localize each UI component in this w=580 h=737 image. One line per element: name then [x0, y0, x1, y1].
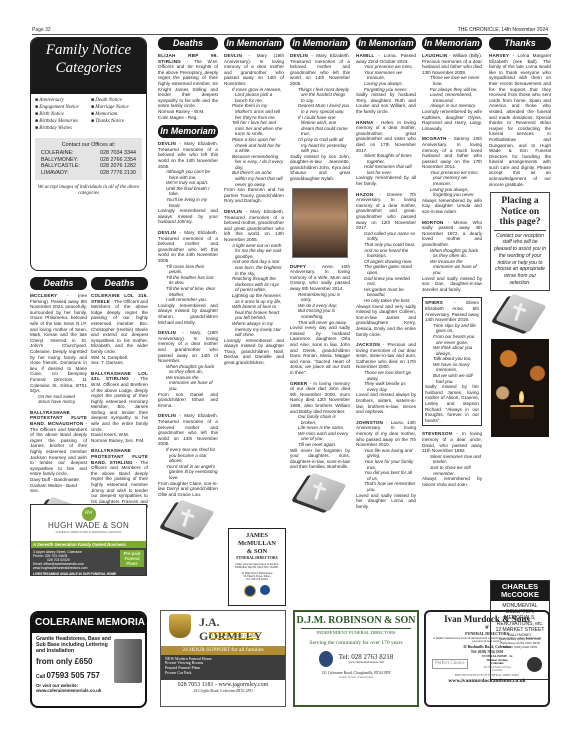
- notice-name: DEVLIN: [290, 53, 308, 58]
- notice-body: DEVLIN - Mary Elizabeth. Treasured memor…: [158, 141, 218, 169]
- notice-name: MCGRATH: [422, 136, 447, 141]
- notice-name: LAUGHLIN: [422, 53, 447, 58]
- saif-badge-icon: [260, 585, 270, 595]
- verse-line: That only you could hear,: [364, 242, 416, 248]
- notice-name: DEVLIN: [224, 209, 242, 214]
- contact-title: Contact our Offices at:: [41, 142, 136, 148]
- notice-body: DEVLIN - Mary (19th Anniversary). In lov…: [224, 53, 284, 87]
- column-7: In Memoriam LAUGHLIN - William (Billy). …: [422, 37, 482, 492]
- james-mcmullan-ad: JAMES McMULLAN & SON FUNERAL DIRECTORS U…: [228, 528, 286, 606]
- notice-body: JACKSON - Precious and loving memories o…: [356, 342, 416, 370]
- contact-offices: Contact our Offices at: COLERAINE:028 70…: [35, 138, 142, 180]
- notice-name: DUFFY: [290, 264, 306, 269]
- category-item: Death Notice: [91, 98, 143, 104]
- category-item: Thanks Notice: [91, 119, 143, 125]
- notice-text: - Mary, (19th Anniversary). In loving me…: [158, 330, 218, 363]
- ja-gormley-ad: J.A. GORMLEY FUNERAL DIRECTORS 24 HOUR S…: [160, 610, 286, 707]
- verse-line: Our family chain is broken,: [298, 414, 350, 425]
- notice-verse: On her soul sweetJesus have mercy.: [30, 394, 87, 405]
- verse-line: If I could have one lifetime wish, one d…: [298, 115, 350, 137]
- notice-entry: ELIJAH RBP 99. STIRLING - The W.M. Offic…: [158, 53, 218, 120]
- categories-title: Categories: [31, 59, 146, 77]
- verse-line: But we wish we still had you.: [433, 373, 479, 384]
- notice-entry: JOHNSTON - Laura. 14th Anniversary. In l…: [356, 420, 416, 510]
- placing-notice-text: Contact our reception staff who will be …: [494, 233, 546, 287]
- verse-line: They walk beside us every day.: [364, 381, 416, 392]
- notice-name: HAMILL: [356, 53, 375, 58]
- notice-entry: COLERAINE LOL 316. STEELE - The Officers…: [91, 293, 148, 366]
- notice-body: DEVLIN - Mary Elizabeth. Treasured memor…: [158, 230, 218, 264]
- office-phone: 028 7776 2130: [100, 170, 136, 176]
- nafd-badge-icon: [244, 585, 256, 597]
- prepaid-plans-badge: Pre-paid Funeral Plans: [120, 550, 144, 567]
- notice-name: DEVLIN: [224, 53, 242, 58]
- office-row: LIMAVADY:028 7776 2130: [41, 170, 136, 176]
- notice-verse: Time slips by and life goes on,From our …: [425, 323, 479, 385]
- verse-line: We have so many memories,: [433, 362, 479, 373]
- notice-entry: HAZON - Doreen. 7th Anniversary. In lovi…: [356, 192, 416, 337]
- robinson-badge-icon: [319, 651, 333, 667]
- verse-line: Till the end of time, dear Mother,: [166, 286, 218, 297]
- notice-verse: When thoughts go back as they often do,W…: [158, 364, 218, 392]
- notice-verse: Your presence we miss, your memory we tr…: [422, 170, 482, 198]
- notice-verse: Things I feel most deeply are the hardes…: [290, 87, 350, 154]
- section-header-in-memoriam: In Memoriam: [224, 37, 284, 50]
- notice-text: - Mary Elizabeth. Treasured memories of …: [290, 53, 350, 86]
- notice-entry: DEVLIN - Mary (19th Anniversary). In lov…: [224, 53, 284, 204]
- notice-entry: DEVLIN - Mary, (19th Anniversary). In lo…: [158, 330, 218, 408]
- verse-line: If every tear we shed for you became a s…: [166, 447, 218, 464]
- notice-signoff: Lovingly remembered by all her family.: [356, 175, 416, 186]
- djm-robinson-ad: D.J.M. ROBINSON & SON INDEPENDENT FUNERA…: [293, 610, 419, 707]
- verse-line: We think about you always,: [433, 345, 479, 356]
- verse-line: Because remembering her is easy, I do it…: [232, 154, 284, 171]
- notice-body: DUFFY - Anne. 10th Anniversary. In lovin…: [290, 264, 350, 292]
- verse-line: When thoughts go back as they often do,: [166, 364, 218, 375]
- verse-line: You did your best for all of us,: [364, 470, 416, 481]
- notice-signoff: Loved and sadly missed by son Dan, daugh…: [422, 276, 482, 293]
- notice-body: GREER - In loving memory of our dear dad…: [290, 381, 350, 415]
- bible-icon: [163, 503, 213, 539]
- gormley-crest-icon: [169, 614, 191, 638]
- notice-entry: GREER - In loving memory of our dear dad…: [290, 381, 350, 471]
- hugh-wade-ad: HW HUGH WADE & SON FUNERAL DIRECTORS & M…: [30, 504, 147, 576]
- notice-name: MORTON: [422, 220, 444, 225]
- notice-entry: JACKSON - Precious and loving memories o…: [356, 342, 416, 415]
- section-header-thanks: Thanks: [489, 37, 551, 50]
- notice-verse: God called your name so softly,That only…: [356, 231, 416, 304]
- notice-body: LAUGHLIN - William (Billy). Precious mem…: [422, 53, 482, 75]
- notice-name: DEVLIN: [158, 141, 176, 146]
- notice-signoff: From son Eamonn and his partner Tracey, …: [224, 187, 284, 204]
- verse-line: Place a kiss upon her cheek and hold her…: [232, 137, 284, 154]
- notice-text: - The Officers and Members of the above …: [30, 421, 87, 476]
- notice-text: - Sammy. 10th Anniversary. In loving mem…: [422, 136, 482, 169]
- notice-signoff: Lovingly remembered and always missed by…: [224, 338, 284, 366]
- verse-line: We miss each and every one of you,: [298, 431, 350, 442]
- notice-signoff: From son Daniel and grandchildren Ethan …: [158, 392, 218, 409]
- verse-line: We treasure the memories we have of you.: [166, 375, 218, 392]
- notice-text: - Mary Elizabeth. Treasured memories of …: [224, 209, 284, 242]
- category-item: Birthday Memories: [35, 119, 87, 125]
- verse-line: Those we love we never lose,: [430, 75, 482, 86]
- verse-line: You'll be living in my heart.: [166, 197, 218, 208]
- notice-signature: Norman Rainey, Sec. P.M.: [91, 438, 148, 444]
- notice-name: DEVLIN: [158, 230, 176, 235]
- verse-line: Although you can't be here with me,: [166, 169, 218, 180]
- notice-entry: DEVLIN - Mary Elizabeth. Treasured memor…: [158, 141, 218, 225]
- notice-verse: Those we love we never lose,For always t…: [422, 75, 482, 109]
- verse-line: Lighting up the heavens as it once lit u…: [232, 293, 284, 304]
- column-deaths-2: Deaths COLERAINE LOL 316. STEELE - The O…: [91, 277, 148, 537]
- memorials-title: COLERAINE MEMORIALS: [32, 613, 145, 633]
- notice-name: JOHNSTON: [356, 420, 383, 425]
- notice-signoff: Will never be forgotten by your daughter…: [290, 448, 350, 470]
- bifd-badge-icon: [527, 657, 542, 672]
- memorials-website[interactable]: www.colerainememorials.co.uk: [36, 688, 141, 693]
- verse-line: Till the heather has lost its dew,: [166, 275, 218, 286]
- page-number: Page 32: [32, 27, 51, 33]
- verse-line: God knew you needed rest,: [364, 276, 416, 287]
- candle-image: [491, 339, 549, 437]
- column-4: In Memoriam DEVLIN - Mary (19th Annivers…: [224, 37, 284, 371]
- verse-line: Your life was loving and giving,: [364, 448, 416, 459]
- notice-text: - In loving memory of our dear dad John …: [290, 381, 350, 414]
- verse-line: Your presence we miss,: [364, 64, 416, 70]
- mccooke-name: CHARLESMcCOOKE: [491, 581, 549, 601]
- notice-signoff: Sadly missed by husband Terry, daughters…: [356, 92, 416, 114]
- section-header-deaths: Deaths: [91, 277, 148, 290]
- family-notice-header: Family Notice Categories: [31, 38, 146, 94]
- verse-line: Your presence we miss, your memory we tr…: [430, 170, 482, 187]
- section-header-in-memoriam: In Memoriam: [158, 125, 218, 138]
- murdock-website[interactable]: www.ivanmurdockandsons.co.uk: [426, 678, 548, 685]
- verse-line: That's how we remember you.: [364, 481, 416, 492]
- notice-body: DEVLIN - Mary, (19th Anniversary). In lo…: [158, 330, 218, 364]
- notice-signature: Colin Magee - Reg.: [158, 115, 218, 121]
- notice-verse: Although you can't be here with me,We're…: [158, 169, 218, 208]
- notice-text: - Doreen. 7th Anniversary. In loving mem…: [356, 192, 416, 231]
- thanks-notice: HARVEY - Lorna Margaret Elizabeth (nee B…: [489, 53, 551, 187]
- notice-verse: If roses grow in Heaven, Lord please pic…: [224, 87, 284, 188]
- notice-verse: Those we love don't go away,They walk be…: [356, 370, 416, 392]
- notice-entry: DEVLIN - Mary Elizabeth. Treasured memor…: [290, 53, 350, 182]
- verse-line: God called your name so softly,: [364, 231, 416, 242]
- verse-line: Things I feel most deeply are the hardes…: [298, 87, 350, 104]
- notice-entry: LAUGHLIN - William (Billy). Precious mem…: [422, 53, 482, 131]
- category-item: Birth Notice: [35, 112, 87, 118]
- notice-name: MCCLEERY: [30, 293, 57, 298]
- verse-line: Time slips by and life goes on,: [433, 323, 479, 334]
- notice-entry: DUFFY - Anne. 10th Anniversary. In lovin…: [290, 264, 350, 376]
- notice-name: HAZON: [356, 192, 373, 197]
- memorial-photo: [292, 188, 348, 258]
- category-item: Engagement Notice: [35, 105, 87, 111]
- notice-entry: DEVLIN - Mary Elizabeth. Treasured memor…: [158, 413, 218, 497]
- images-note: We accept images of individuals in all o…: [31, 183, 146, 199]
- notice-entry: HANNA - Helen. In loving memory of a dea…: [356, 120, 416, 187]
- notice-verse: A light went out on earth for me the day…: [224, 243, 284, 338]
- section-header-in-memoriam: In Memoriam: [422, 37, 482, 50]
- verse-line: Your memories we treasure,: [364, 70, 416, 81]
- notice-signoff: Always remembered by wife Kay, daughter …: [422, 198, 482, 215]
- notice-name: DEVLIN: [158, 330, 176, 335]
- verse-line: Remembering you is easy,: [298, 292, 350, 303]
- notice-entry: HAMILL - Lorna. Passed away 22nd October…: [356, 53, 416, 115]
- verse-line: Those we love don't go away,: [364, 370, 416, 381]
- bible-icon: [295, 476, 345, 512]
- verse-line: Loved, remembered, treasured,: [430, 92, 482, 103]
- verse-line: If roses grow in Heaven, Lord please pic…: [232, 87, 284, 104]
- notice-entry: MCCLEERY - (nee Fleming). Passed away 6t…: [30, 293, 87, 405]
- bible-icon: [495, 297, 545, 333]
- verse-line: We treasure the memories we have of you.: [430, 259, 482, 276]
- notice-signoff: Loved every day and sadly missed by husb…: [290, 325, 350, 375]
- notice-text: - (nee Fleming). Passed away 6th Novembe…: [30, 293, 87, 393]
- verse-line: And no one heard the footsteps,: [364, 248, 416, 259]
- verse-line: Tell her I love her and miss her and whe…: [232, 120, 284, 137]
- notice-signoff: From daughter Claire, son-in-law Darryl …: [158, 481, 218, 498]
- notice-text: - The Officers and Members of the above …: [91, 299, 148, 354]
- notice-entry: MORTON - Minnie. Who sadly passed away 4…: [422, 220, 482, 293]
- notice-verse: Your life was loving and giving,Your lov…: [356, 448, 416, 493]
- verse-line: Just to show we still remember.: [430, 465, 482, 476]
- coleraine-memorials-ad: COLERAINE MEMORIALS Granite Headstones, …: [30, 611, 147, 708]
- verse-line: Reaching through the darkness with its r…: [232, 276, 284, 293]
- notice-entry: MCGRATH - Sammy. 10th Anniversary. In lo…: [422, 136, 482, 214]
- ivan-murdock-ad: Ivan Murdock & Sons ❦ FUNERAL DIRECTORS …: [424, 610, 550, 707]
- notice-text: - The W.M. Officers and Brethren of the …: [91, 376, 148, 431]
- notice-body: STEVENSON - In loving memory of a dear u…: [422, 431, 482, 453]
- gormley-feature: Private Car Park: [165, 671, 281, 676]
- verse-line: Dearest Mum I loved you in a very specia…: [298, 103, 350, 114]
- notice-name: GREER: [290, 381, 307, 386]
- column-thanks: Thanks HARVEY - Lorna Margaret Elizabeth…: [489, 37, 551, 440]
- notice-signoff: Sadly missed by her husband James, lovin…: [425, 384, 479, 423]
- notice-signoff: Lovingly remembered and always missed by…: [158, 303, 218, 325]
- verse-line: A light went out on earth for me the day…: [232, 243, 284, 260]
- column-5: In Memoriam DEVLIN - Mary Elizabeth. Tre…: [290, 37, 350, 518]
- column-deaths-1: Deaths MCCLEERY - (nee Fleming). Passed …: [30, 277, 87, 542]
- notice-body: DEVLIN - Mary Elizabeth. Treasured memor…: [158, 413, 218, 447]
- verse-line: And one that day a star was born, the br…: [232, 259, 284, 276]
- notice-text: - Mary (19th Anniversary). In loving mem…: [224, 53, 284, 86]
- notice-verse: When thoughts go back as they often do,W…: [422, 248, 482, 276]
- gormley-contact[interactable]: 028 7053 1181 - www.jagormley.com: [161, 682, 285, 689]
- notice-name: BALLYRASHANE PROTESTANT FLUTE BAND. MCNA…: [30, 410, 87, 426]
- hugh-wade-logo: HW: [82, 507, 96, 521]
- notice-verse: Silent memories true and tender,Just to …: [422, 454, 482, 476]
- category-item: Marriage Notice: [91, 105, 143, 111]
- notice-text: - The W.M. Officers and Sir Knights of t…: [158, 59, 218, 109]
- notice-verse: Till roses lose their petals,Till the he…: [158, 264, 218, 303]
- column-6: In Memoriam HAMILL - Lorna. Passed away …: [356, 37, 416, 514]
- category-item: Anniversary: [35, 98, 87, 104]
- section-header-deaths: Deaths: [30, 277, 87, 290]
- notice-name: STEVENSON: [422, 431, 452, 436]
- notice-verse: Your presence we miss,Your memories we t…: [356, 64, 416, 92]
- notice-entry: SPIERS - Eileen Elizabeth Anne. 5th Anni…: [422, 297, 482, 426]
- notice-signature: Graham Walton - Band Sec.: [30, 483, 87, 494]
- notice-signoff: Always loved and very sadly missed by da…: [356, 304, 416, 338]
- memorials-phone: 07593 505 757: [46, 671, 99, 680]
- verse-line: Your love for your family true,: [364, 459, 416, 470]
- notice-text: - Helen. In loving memory of a dear moth…: [356, 120, 416, 153]
- category-item: Birthday Wishes: [35, 126, 87, 132]
- placing-notice-box: Placing a Notice on this page? Contact o…: [490, 192, 550, 290]
- notice-signoff: Lovingly remembered and always missed by…: [158, 208, 218, 225]
- verse-line: Loving you always, forgetting you never.: [430, 187, 482, 198]
- verse-line: You'd stroll in an angel's garden lit by…: [166, 464, 218, 481]
- verse-line: His garden must be beautiful,: [364, 287, 416, 298]
- verse-line: But there's an ache within my heart that…: [232, 170, 284, 187]
- verse-line: I'd pray to God with all my heart for ye…: [298, 137, 350, 154]
- notice-signoff: Lovingly remembered by wife Kathleen, da…: [422, 109, 482, 131]
- verse-line: From our hearts you are never gone,: [433, 334, 479, 345]
- verse-line: Silent thoughts of times together,: [364, 153, 416, 164]
- notice-verse: Remembering you is easy,We do it every d…: [290, 292, 350, 326]
- notice-body: ELIJAH RBP 99. STIRLING - The W.M. Offic…: [158, 53, 218, 109]
- verse-line: Till roses lose their petals,: [166, 264, 218, 275]
- notice-verse: Our family chain is broken,Life never is…: [290, 414, 350, 448]
- verse-line: Jesus have mercy.: [38, 399, 87, 405]
- verse-line: When thoughts go back as they often do,: [430, 248, 482, 259]
- notice-entry: BALLYRASHANE PROTESTANT FLUTE BAND. MCNA…: [30, 410, 87, 494]
- verse-line: The golden gates stood open,: [364, 264, 416, 275]
- notice-body: HANNA - Helen. In loving memory of a dea…: [356, 120, 416, 154]
- section-header-in-memoriam: In Memoriam: [356, 37, 416, 50]
- notice-body: COLERAINE LOL 316. STEELE - The Officers…: [91, 293, 148, 355]
- notice-entry: DEVLIN - Mary Elizabeth. Treasured memor…: [158, 230, 218, 325]
- section-header-in-memoriam: In Memoriam: [290, 37, 350, 50]
- notice-body: HAZON - Doreen. 7th Anniversary. In lovi…: [356, 192, 416, 231]
- notice-verse: If every tear we shed for you became a s…: [158, 447, 218, 481]
- notice-name: DEVLIN: [158, 413, 176, 418]
- family-notice-box: Family Notice Categories AnniversaryDeat…: [30, 37, 147, 271]
- notice-signature: Davy Duff - Bandmaster.: [30, 477, 87, 483]
- notice-entry: BALLYRASHANE LOL 431. STIRLING - The W.M…: [91, 371, 148, 444]
- verse-line: Until the final breath I take,: [166, 186, 218, 197]
- notice-name: HANNA: [356, 120, 374, 125]
- notice-body: MCGRATH - Sammy. 10th Anniversary. In lo…: [422, 136, 482, 170]
- verse-line: He only takes the best.: [364, 298, 416, 304]
- notice-entry: DEVLIN - Mary Elizabeth. Treasured memor…: [224, 209, 284, 366]
- notice-text: - Mary Elizabeth. Treasured memories of …: [158, 230, 218, 263]
- verse-line: Silent memories true and tender,: [430, 454, 482, 465]
- notice-body: SPIERS - Eileen Elizabeth Anne. 5th Anni…: [425, 300, 479, 322]
- verse-line: Place them in my Mother's arms and tell …: [232, 103, 284, 120]
- notice-name: JACKSON: [356, 342, 380, 347]
- notice-signoff: Sadly missed by son John, daughter-in-la…: [290, 154, 350, 182]
- section-header-deaths: Deaths: [158, 37, 218, 50]
- family-notice-title: Family Notice: [31, 41, 146, 59]
- publication-title: THE CHRONICLE, 14th November 2024: [458, 27, 548, 33]
- notice-body: HAMILL - Lorna. Passed away 22nd October…: [356, 53, 416, 64]
- verse-line: But missing you is something,: [298, 308, 350, 319]
- notice-signoff: Always remembered by nieces Viola and Jo…: [422, 476, 482, 487]
- verse-line: Where always in my memory my lovely star…: [232, 321, 284, 338]
- categories-list: AnniversaryDeath NoticeEngagement Notice…: [31, 94, 146, 135]
- notice-signoff: Loved and missed always by brothers, sis…: [356, 392, 416, 414]
- verse-line: Hold memories that will last for ever.: [364, 164, 416, 175]
- headstone-image: [114, 639, 142, 683]
- notice-body: JOHNSTON - Laura. 14th Anniversary. In l…: [356, 420, 416, 448]
- notice-verse: Silent thoughts of times together,Hold m…: [356, 153, 416, 175]
- placing-notice-title: Placing a Notice on this page?: [494, 196, 546, 230]
- notice-body: BALLYRASHANE PROTESTANT FLUTE BAND. MCNA…: [30, 410, 87, 477]
- notice-body: MCCLEERY - (nee Fleming). Passed away 6t…: [30, 293, 87, 394]
- category-item: Memoriam: [91, 112, 143, 118]
- notice-body: MORTON - Minnie. Who sadly passed away 4…: [422, 220, 482, 248]
- page-header: Page 32 THE CHRONICLE, 14th November 202…: [32, 27, 548, 35]
- column-3: Deaths ELIJAH RBP 99. STIRLING - The W.M…: [158, 37, 218, 545]
- notice-entry: STEVENSON - In loving memory of a dear u…: [422, 431, 482, 487]
- notice-body: BALLYRASHANE LOL 431. STIRLING - The W.M…: [91, 371, 148, 433]
- office-name: LIMAVADY:: [41, 170, 69, 176]
- notice-body: DEVLIN - Mary Elizabeth. Treasured memor…: [224, 209, 284, 243]
- notice-name: SPIERS: [425, 300, 443, 305]
- notice-signature: Sec. T. Darrans.: [91, 360, 148, 366]
- notice-signoff: Loved and sadly missed by her daughter L…: [356, 493, 416, 510]
- notice-text: - Mary Elizabeth. Treasured memories of …: [158, 413, 218, 446]
- notice-body: DEVLIN - Mary Elizabeth. Treasured memor…: [290, 53, 350, 87]
- verse-line: With beams of love to heal this broken h…: [232, 304, 284, 321]
